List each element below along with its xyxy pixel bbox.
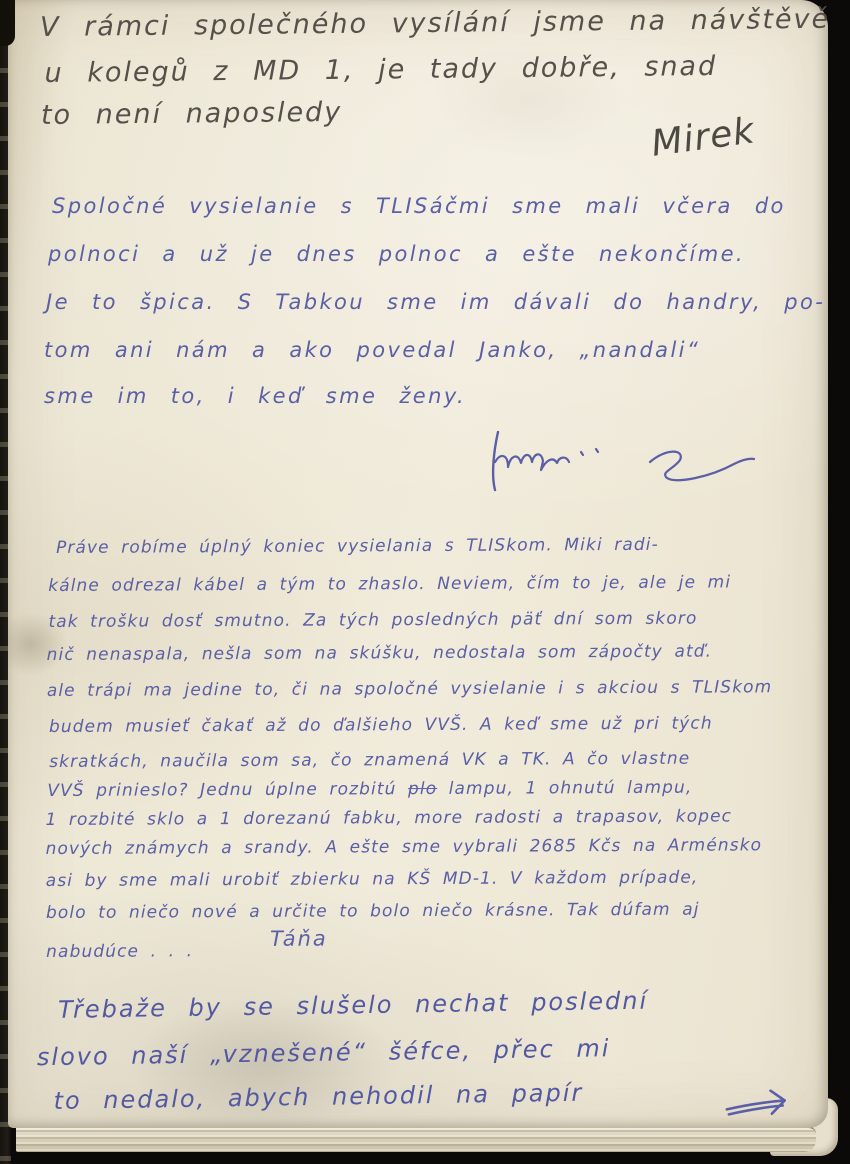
scan-corner-shadow <box>0 0 15 46</box>
notebook-paper <box>8 0 828 1128</box>
paper-shade <box>428 40 628 160</box>
page-stack-edge <box>16 1126 816 1152</box>
scanned-notebook-page: V rámci společného vysílání jsme na návš… <box>0 0 850 1164</box>
paper-edge-stain <box>8 612 68 676</box>
paper-smudge <box>126 995 406 1128</box>
